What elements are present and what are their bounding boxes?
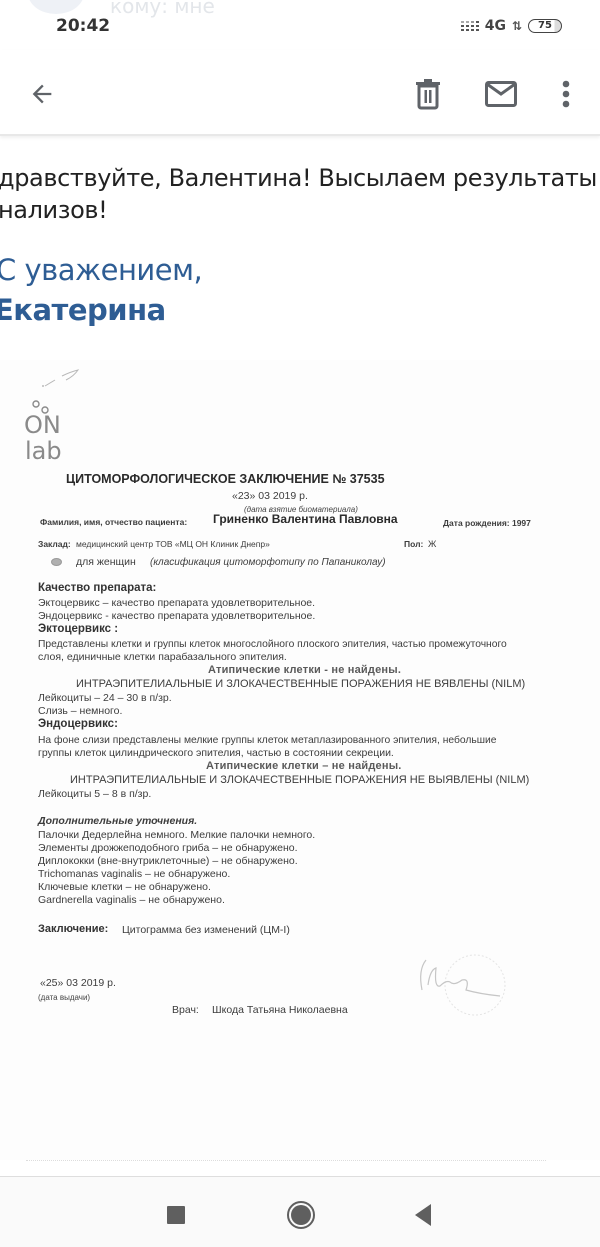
quality-line: Эктоцервикс – качество препарата удовлет… bbox=[38, 597, 315, 610]
quality-line: Эндоцервикс - качество препарата удовлет… bbox=[38, 610, 315, 623]
more-options-button[interactable] bbox=[546, 74, 586, 114]
sample-date: «23» 03 2019 р. bbox=[232, 490, 308, 503]
classification: (класификация цитоморфотипу по Папаникол… bbox=[150, 556, 386, 569]
ecto-leukocytes: Лейкоциты – 24 – 30 в п/зр. bbox=[38, 692, 172, 705]
more-vert-icon bbox=[561, 80, 571, 108]
scan-edge-divider bbox=[26, 1160, 546, 1161]
delete-button[interactable] bbox=[408, 74, 448, 114]
battery-icon: 75 bbox=[528, 19, 562, 33]
conclusion-label: Заключение: bbox=[38, 923, 108, 936]
ecto-line: слоя, единичные клетки парабазального эп… bbox=[38, 651, 287, 664]
conclusion-value: Цитограмма без изменений (ЦМ-I) bbox=[122, 924, 290, 937]
logo-lab: lab bbox=[25, 438, 62, 464]
system-back-button[interactable] bbox=[405, 1197, 441, 1233]
facility-value: медицинский центр ТОВ «МЦ ОН Клиник Днеп… bbox=[76, 538, 270, 551]
endo-atypical: Атипические клетки – не найдены. bbox=[206, 760, 402, 773]
back-triangle-icon bbox=[413, 1203, 433, 1227]
back-button[interactable] bbox=[22, 74, 62, 114]
mark-unread-button[interactable] bbox=[481, 74, 521, 114]
extra-line: Диплококки (вне-внутриклеточные) – не об… bbox=[38, 855, 298, 868]
facility-label: Заклад: bbox=[38, 538, 71, 551]
patient-label: Фамилия, имя, отчество пациента: bbox=[40, 516, 187, 529]
ecto-line: Представлены клетки и группы клеток мног… bbox=[38, 638, 507, 651]
issue-date-caption: (дата выдачи) bbox=[38, 991, 90, 1004]
doctor-label: Врач: bbox=[172, 1004, 199, 1017]
signature-stamp-icon bbox=[410, 950, 540, 1020]
radio-bullet-icon bbox=[51, 558, 62, 566]
email-signature: Екатерина bbox=[0, 290, 166, 330]
birth-date: Дата рождения: 1997 bbox=[443, 517, 531, 530]
extra-line: Trichomanas vaginalis – не обнаружено. bbox=[38, 868, 230, 881]
recent-apps-icon bbox=[166, 1205, 186, 1225]
email-regards: С уважением, bbox=[0, 250, 202, 290]
ecto-nilm: ИНТРАЭПИТЕЛИАЛЬНЫЕ И ЗЛОКАЧЕСТВЕННЫЕ ПОР… bbox=[76, 678, 525, 691]
status-bar: 20:42 4G ⇅ 75 bbox=[0, 10, 600, 46]
sex-label: Пол: bbox=[404, 538, 423, 551]
recent-apps-button[interactable] bbox=[158, 1197, 194, 1233]
issue-date: «25» 03 2019 р. bbox=[40, 977, 116, 990]
extra-line: Gardnerella vaginalis – не обнаружено. bbox=[38, 894, 225, 907]
app-bar bbox=[0, 50, 600, 136]
email-greeting: дравствуйте, Валентина! Высылаем результ… bbox=[0, 162, 600, 226]
patient-name: Гриненко Валентина Павловна bbox=[213, 513, 398, 526]
endo-leukocytes: Лейкоциты 5 – 8 в п/зр. bbox=[38, 788, 151, 801]
network-type: 4G bbox=[485, 18, 506, 34]
ecto-heading: Эктоцервикс : bbox=[38, 623, 118, 636]
sex-value: Ж bbox=[428, 538, 436, 551]
status-time: 20:42 bbox=[56, 16, 110, 36]
attached-report-image[interactable]: ON lab ЦИТОМОРФОЛОГИЧЕСКОЕ ЗАКЛЮЧЕНИЕ № … bbox=[0, 360, 600, 1160]
signal-icon bbox=[461, 21, 479, 31]
for-women: для женщин bbox=[76, 556, 136, 569]
home-icon bbox=[286, 1200, 316, 1230]
report-title: ЦИТОМОРФОЛОГИЧЕСКОЕ ЗАКЛЮЧЕНИЕ № 37535 bbox=[66, 473, 385, 486]
logo-on: ON bbox=[24, 412, 61, 438]
endo-line: На фоне слизи представлены мелкие группы… bbox=[38, 734, 497, 747]
endo-line: группы клеток цилиндрического эпителия, … bbox=[38, 747, 394, 760]
ecto-mucus: Слизь – немного. bbox=[38, 705, 122, 718]
back-arrow-icon bbox=[28, 80, 56, 108]
home-button[interactable] bbox=[283, 1197, 319, 1233]
extra-line: Элементы дрожжеподобного гриба – не обна… bbox=[38, 842, 298, 855]
endo-nilm: ИНТРАЭПИТЕЛИАЛЬНЫЕ И ЗЛОКАЧЕСТВЕННЫЕ ПОР… bbox=[70, 774, 529, 787]
endo-heading: Эндоцервикс: bbox=[38, 718, 118, 731]
doctor-name: Шкода Татьяна Николаевна bbox=[212, 1004, 348, 1017]
ecto-atypical: Атипические клетки - не найдены. bbox=[208, 664, 401, 677]
extra-line: Ключевые клетки – не обнаружено. bbox=[38, 881, 211, 894]
status-indicators: 4G ⇅ 75 bbox=[461, 18, 562, 34]
extra-line: Палочки Дедерлейна немного. Мелкие палоч… bbox=[38, 829, 315, 842]
quality-heading: Качество препарата: bbox=[38, 582, 156, 595]
extra-heading: Дополнительные уточнения. bbox=[38, 815, 197, 828]
system-nav-bar bbox=[0, 1176, 600, 1247]
trash-icon bbox=[415, 78, 441, 110]
mail-icon bbox=[485, 81, 517, 107]
scan-mark-icon bbox=[40, 366, 90, 391]
data-transfer-icon: ⇅ bbox=[512, 19, 522, 33]
